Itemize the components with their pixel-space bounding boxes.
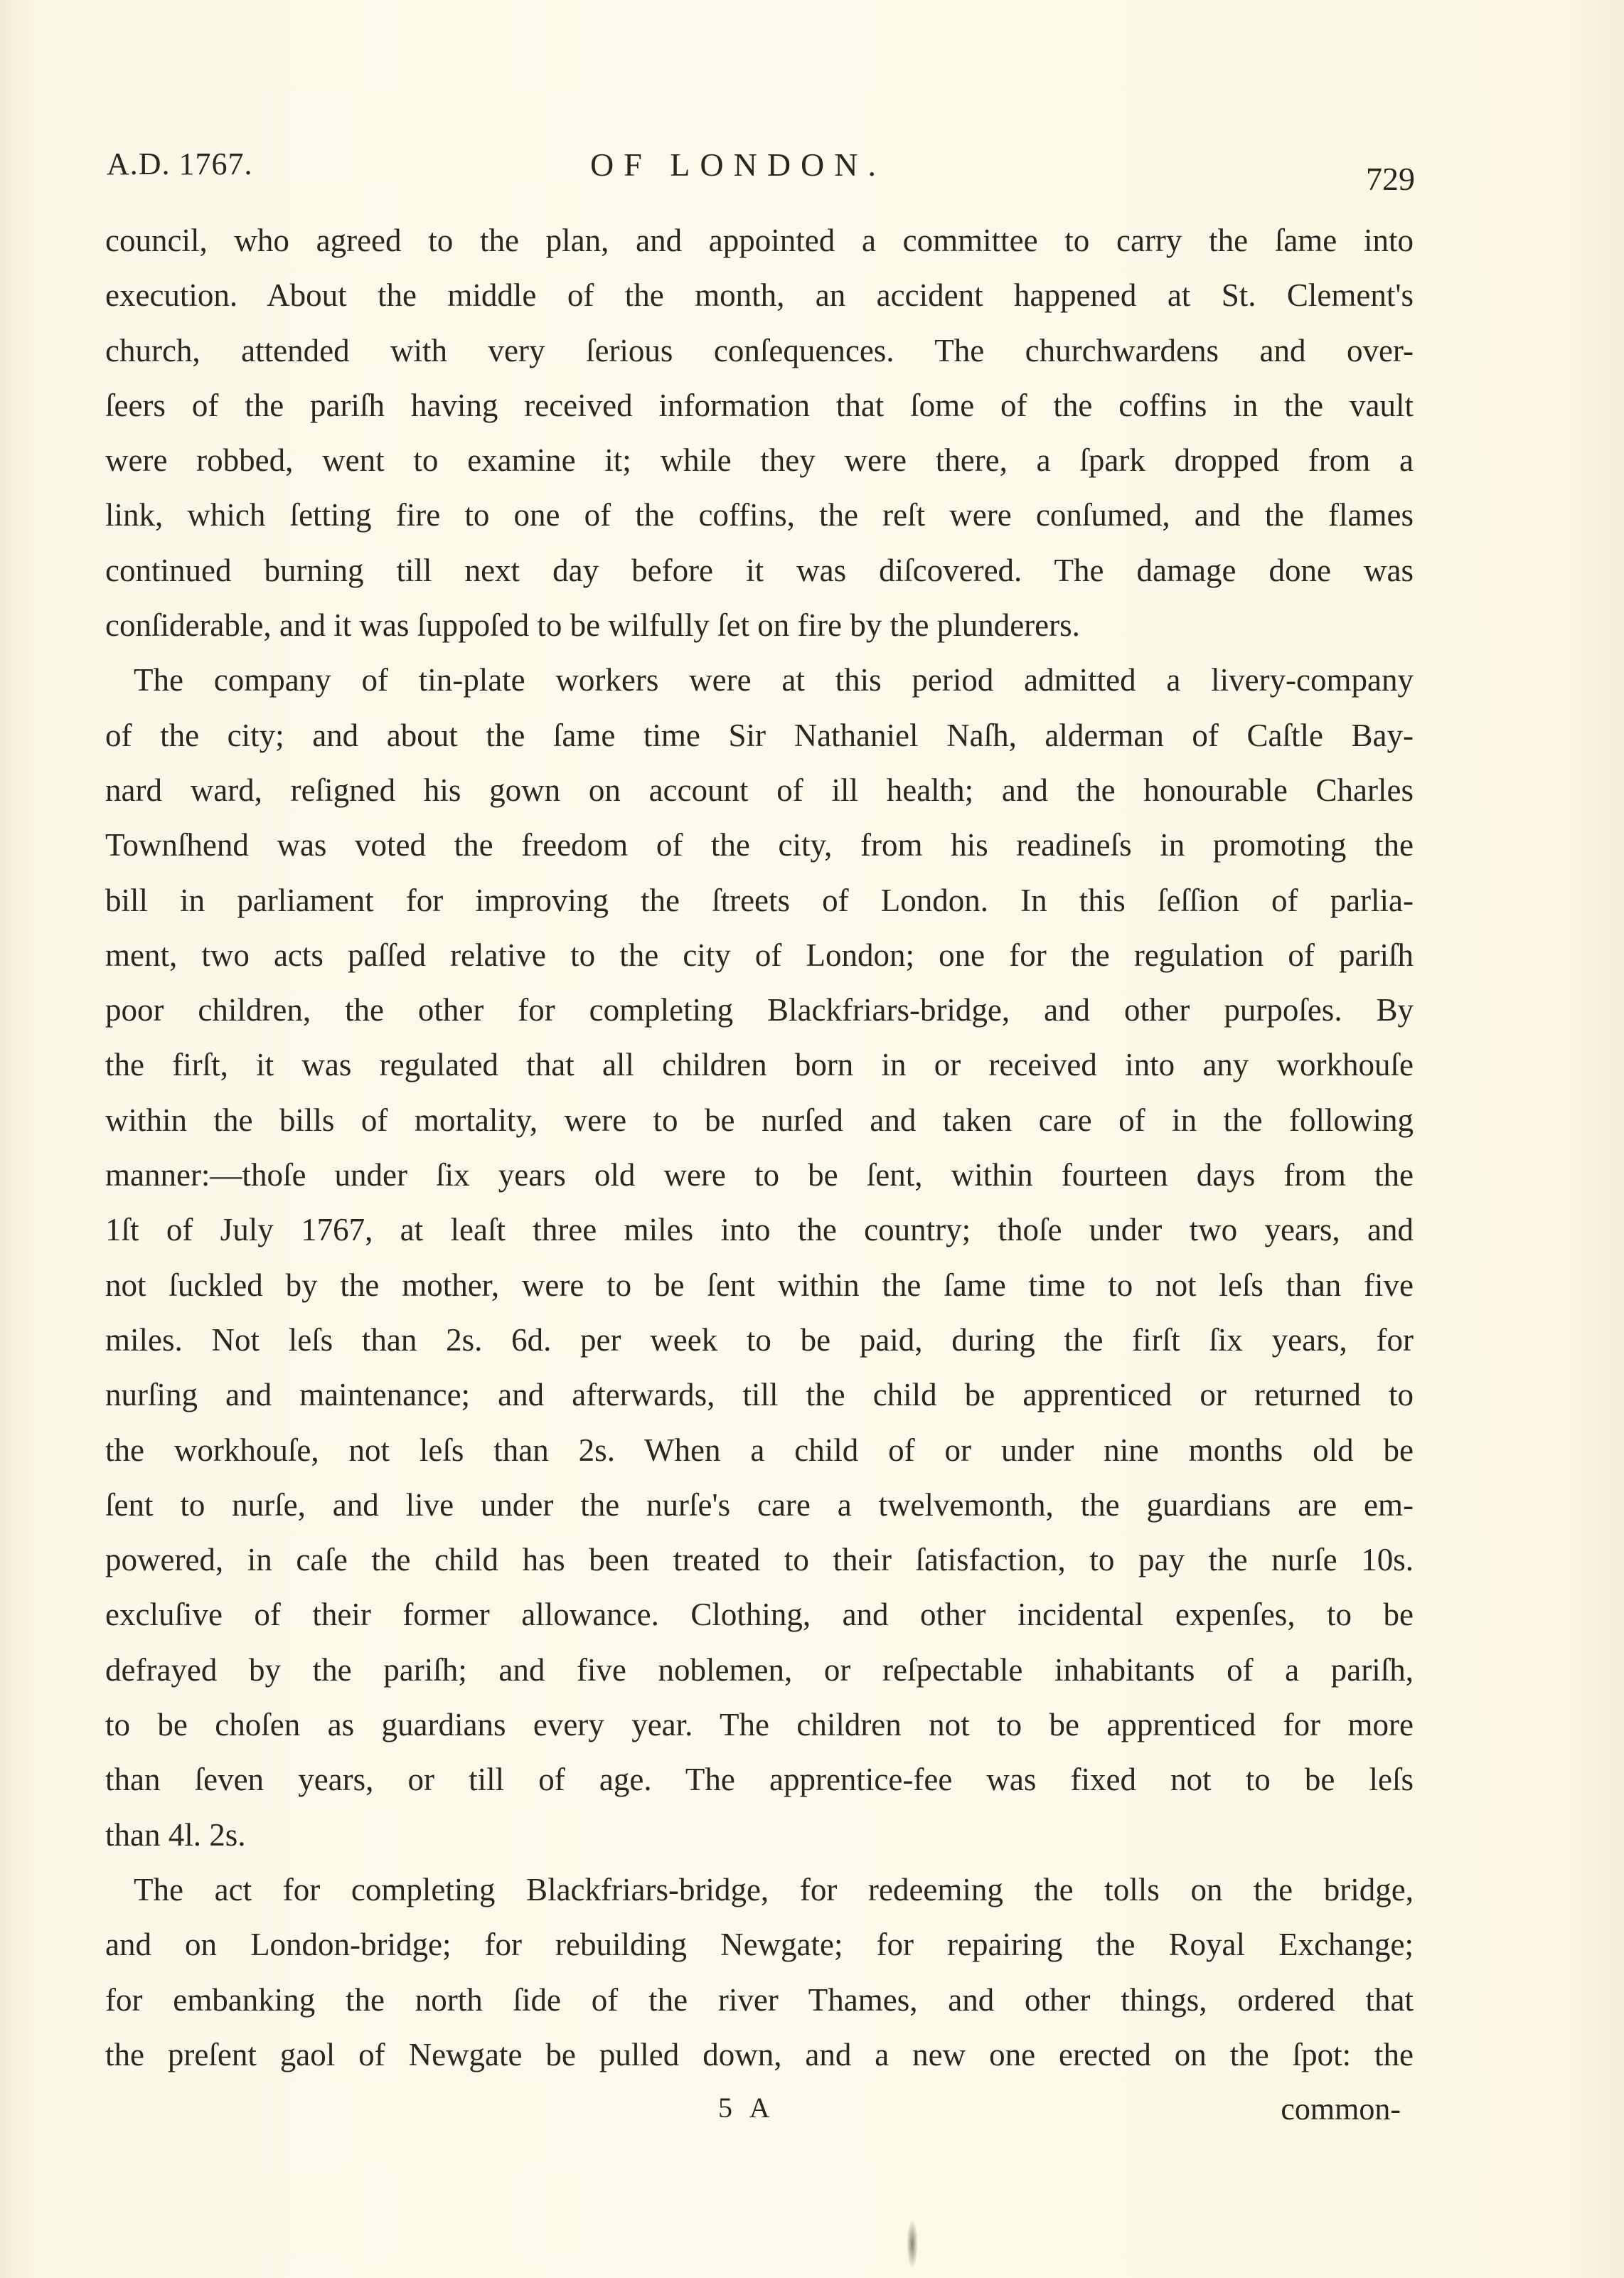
text-line: execution. About the middle of the month… xyxy=(105,268,1414,323)
text-line: continued burning till next day before i… xyxy=(105,543,1414,598)
text-line: manner:—thoſe under ſix years old were t… xyxy=(105,1148,1414,1203)
text-line: the preſent gaol of Newgate be pulled do… xyxy=(105,2028,1414,2082)
text-line: church, attended with very ſerious conſe… xyxy=(105,324,1414,378)
text-line: Townſhend was voted the freedom of the c… xyxy=(105,818,1414,873)
text-line: bill in parliament for improving the ſtr… xyxy=(105,873,1414,928)
text-line: than ſeven years, or till of age. The ap… xyxy=(105,1752,1414,1807)
text-line: poor children, the other for completing … xyxy=(105,983,1414,1038)
text-line: to be choſen as guardians every year. Th… xyxy=(105,1698,1414,1752)
body-text: council, who agreed to the plan, and app… xyxy=(105,213,1414,2082)
text-line: the workhouſe, not leſs than 2s. When a … xyxy=(105,1423,1414,1478)
text-line: link, which ſetting fire to one of the c… xyxy=(105,488,1414,543)
text-line: ſeers of the pariſh having received info… xyxy=(105,378,1414,433)
text-line: of the city; and about the ſame time Sir… xyxy=(105,708,1414,763)
running-header: A.D. 1767. OF LONDON. 729 xyxy=(107,146,1415,203)
text-line: not ſuckled by the mother, were to be ſe… xyxy=(105,1258,1414,1313)
text-line: were robbed, went to examine it; while t… xyxy=(105,433,1414,488)
text-line: miles. Not leſs than 2s. 6d. per week to… xyxy=(105,1313,1414,1368)
catchword: common- xyxy=(1281,2091,1401,2127)
header-date: A.D. 1767. xyxy=(107,146,253,182)
text-line: than 4l. 2s. xyxy=(105,1808,1414,1863)
text-line: ment, two acts paſſed relative to the ci… xyxy=(105,928,1414,983)
signature-mark: 5 A xyxy=(718,2091,776,2124)
text-line: council, who agreed to the plan, and app… xyxy=(105,213,1414,268)
page-number: 729 xyxy=(1366,160,1415,198)
page-footer: 5 A common- xyxy=(107,2091,1415,2141)
text-line: and on London-bridge; for rebuilding New… xyxy=(105,1917,1414,1972)
paragraph-start-line: The act for completing Blackfriars-bridg… xyxy=(105,1863,1414,1917)
book-page: A.D. 1767. OF LONDON. 729 council, who a… xyxy=(0,0,1624,2278)
text-line: for embanking the north ſide of the rive… xyxy=(105,1973,1414,2028)
text-line: within the bills of mortality, were to b… xyxy=(105,1093,1414,1148)
header-title: OF LONDON. xyxy=(590,146,886,183)
text-line: ſent to nurſe, and live under the nurſe'… xyxy=(105,1478,1414,1533)
text-line: the firſt, it was regulated that all chi… xyxy=(105,1038,1414,1092)
text-line: 1ſt of July 1767, at leaſt three miles i… xyxy=(105,1203,1414,1257)
text-line: nurſing and maintenance; and afterwards,… xyxy=(105,1368,1414,1422)
paragraph-start-line: The company of tin-plate workers were at… xyxy=(105,653,1414,708)
text-line: nard ward, reſigned his gown on account … xyxy=(105,763,1414,818)
text-line: powered, in caſe the child has been trea… xyxy=(105,1533,1414,1587)
ink-smudge xyxy=(907,2219,918,2269)
text-line: defrayed by the pariſh; and five nobleme… xyxy=(105,1643,1414,1698)
text-line: conſiderable, and it was ſuppoſed to be … xyxy=(105,598,1414,653)
text-line: excluſive of their former allowance. Clo… xyxy=(105,1587,1414,1642)
